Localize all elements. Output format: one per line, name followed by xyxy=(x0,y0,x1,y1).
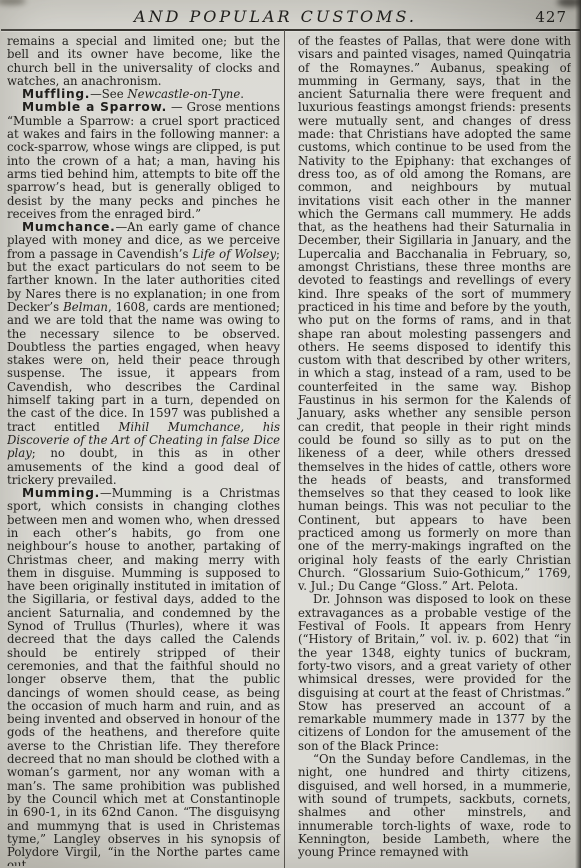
paragraph: remains a special and limited one; but t… xyxy=(7,35,280,88)
entry-headword: Mumchance. xyxy=(22,220,115,234)
text-run: . xyxy=(240,87,244,101)
text-run: “On the Sunday before Candlemas, in the … xyxy=(298,752,571,859)
scan-dark-edge xyxy=(575,0,581,868)
text-run: —See xyxy=(90,87,127,101)
paragraph: Mumchance.—An early game of chance playe… xyxy=(7,221,280,487)
text-run: remains a special and limited one; but t… xyxy=(7,35,280,88)
paragraph: Dr. Johnson was disposed to look on thes… xyxy=(298,593,571,753)
text-run: — Grose mentions “Mumble a Sparrow: a cr… xyxy=(7,100,280,220)
text-run: Belman xyxy=(63,300,108,314)
running-title: AND POPULAR CUSTOMS. xyxy=(60,7,491,26)
entry-headword: Muffling. xyxy=(22,87,90,101)
text-run: Dr. Johnson was disposed to look on thes… xyxy=(298,592,571,752)
column-divider-rule xyxy=(284,30,285,868)
text-run: of the feastes of Pallas, that were done… xyxy=(298,35,571,593)
page-header: AND POPULAR CUSTOMS. 427 xyxy=(0,3,581,29)
scanned-book-page: AND POPULAR CUSTOMS. 427 remains a speci… xyxy=(0,0,581,868)
text-columns: remains a special and limited one; but t… xyxy=(7,35,571,866)
paragraph: Mumming.—Mumming is a Christmas sport, w… xyxy=(7,487,280,866)
paragraph: Muffling.—See Newcastle-on-Tyne. xyxy=(7,88,280,101)
entry-headword: Mumble a Sparrow. xyxy=(22,100,167,114)
left-column: remains a special and limited one; but t… xyxy=(7,35,289,866)
paragraph: “On the Sunday before Candlemas, in the … xyxy=(298,753,571,859)
header-rule xyxy=(1,29,580,31)
paragraph: Mumble a Sparrow. — Grose mentions “Mumb… xyxy=(7,101,280,221)
text-run: ; no doubt, in this as in other amusemen… xyxy=(7,446,280,487)
paragraph: of the feastes of Pallas, that were done… xyxy=(298,35,571,593)
text-run: —Mumming is a Christmas sport, which con… xyxy=(7,486,280,866)
text-run: Newcastle-on-Tyne xyxy=(127,87,240,101)
entry-headword: Mumming. xyxy=(22,486,100,500)
text-run: Life of Wolsey xyxy=(192,247,276,261)
text-run: , 1608, cards are mentioned; and we are … xyxy=(7,300,280,434)
right-column: of the feastes of Pallas, that were done… xyxy=(289,35,571,866)
page-number: 427 xyxy=(535,8,567,26)
